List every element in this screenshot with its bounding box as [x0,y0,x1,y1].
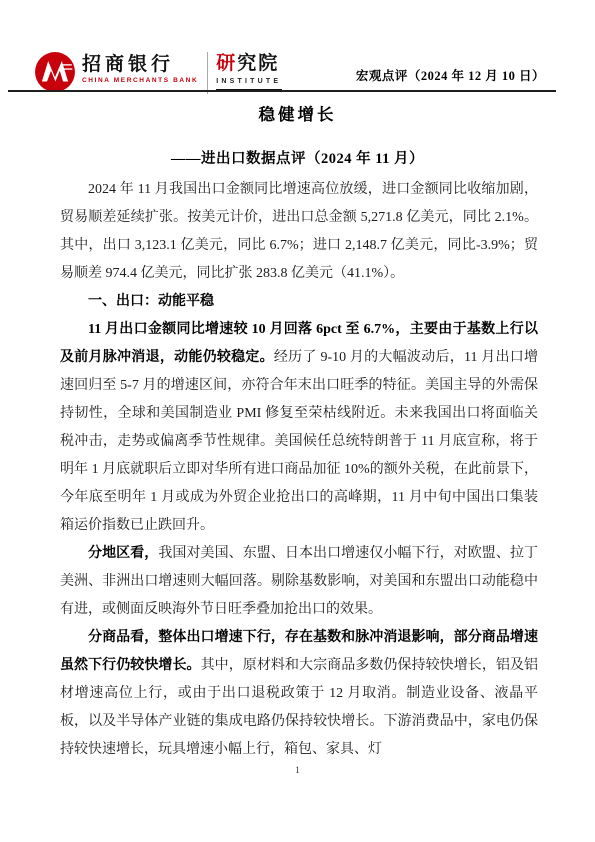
paragraph-summary-text: 2024 年 11 月我国出口金额同比增速高位放缓，进口金额同比收缩加剧，贸易顺… [60,182,538,281]
paragraph-export-overview-rest: 经历了 9-10 月的大幅波动后，11 月出口增速回归至 5-7 月的增速区间，… [60,350,538,533]
institute-name-rest: 究院 [237,53,279,74]
header-rule [8,90,556,92]
page-number: 1 [0,766,595,776]
bank-name: 招商银行 [82,54,198,76]
institute-name-first-char: 研 [216,53,237,74]
paragraph-export-overview: 11 月出口金额同比增速较 10 月回落 6pct 至 6.7%，主要由于基数上… [60,316,538,540]
paragraph-by-commodity: 分商品看，整体出口增速下行，存在基数和脉冲消退影响，部分商品增速虽然下行仍较快增… [60,624,538,764]
section-heading-export: 一、出口：动能平稳 [60,288,538,316]
bank-name-block: 招商银行 CHINA MERCHANTS BANK [82,54,198,85]
page-title: 稳健增长 [0,101,595,125]
paragraph-by-region: 分地区看，我国对美国、东盟、日本出口增速仅小幅下行，对欧盟、拉丁美洲、非洲出口增… [60,540,538,624]
doc-type-and-date: 宏观点评（2024 年 12 月 10 日） [356,66,545,84]
header-logo-lockup: 招商银行 CHINA MERCHANTS BANK 研究院 INSTITUTE [34,50,282,100]
institute-name: 研究院 [216,52,282,76]
paragraph-summary: 2024 年 11 月我国出口金额同比增速高位放缓，进口金额同比收缩加剧，贸易顺… [60,176,538,288]
body-text: 2024 年 11 月我国出口金额同比增速高位放缓，进口金额同比收缩加剧，贸易顺… [60,176,538,764]
institute-en: INSTITUTE [216,76,282,87]
cmb-bank-logo-icon [34,51,76,93]
logo-divider [207,52,208,94]
document-page: 招商银行 CHINA MERCHANTS BANK 研究院 INSTITUTE … [0,0,595,842]
section-heading-text: 一、出口：动能平稳 [88,294,214,309]
paragraph-by-region-lead: 分地区看， [88,546,158,561]
page-subtitle: ——进出口数据点评（2024 年 11 月） [0,147,595,168]
bank-name-en: CHINA MERCHANTS BANK [82,76,198,85]
institute-block: 研究院 INSTITUTE [216,52,282,91]
